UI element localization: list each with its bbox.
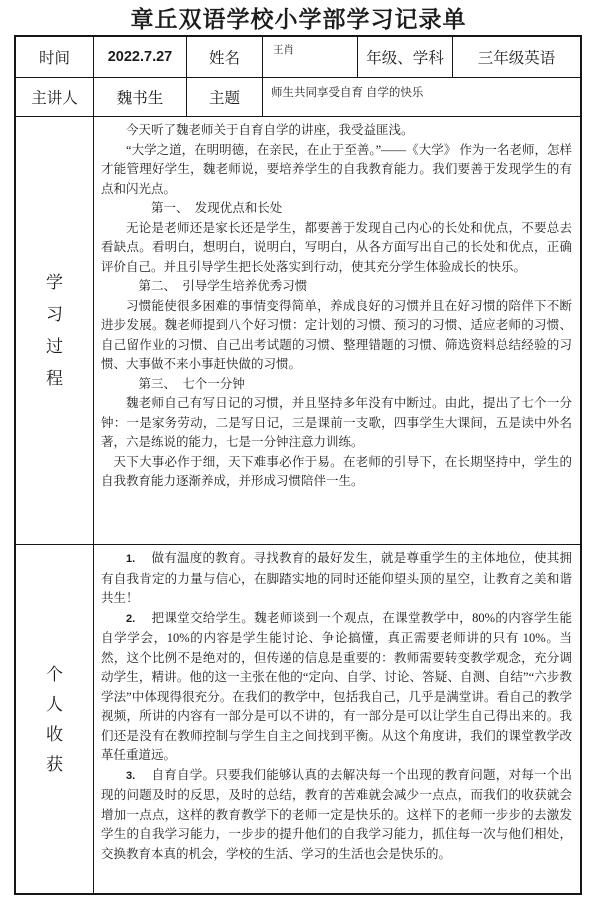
record-table: 时间 2022.7.27 姓名 王肖 年级、学科 三年级英语 主讲人 魏书生 主… [14,35,582,895]
topic-label: 主题 [187,78,263,117]
topic-value: 师生共同享受自育 自学的快乐 [263,78,580,117]
section-label-char: 程 [46,370,63,387]
grade-subject-label: 年级、学科 [358,37,453,78]
section-label-char: 学 [46,274,63,291]
section-label-char: 获 [46,756,63,773]
section-label-learning-process: 学习过程 [16,117,94,545]
time-value: 2022.7.27 [94,37,187,78]
speaker-label: 主讲人 [16,78,94,117]
paragraph: 2.把课堂交给学生。魏老师谈到一个观点，在课堂教学中，80%的内容学生能自学学会… [101,609,572,766]
section-label-char: 过 [46,338,63,355]
grade-subject-value: 三年级英语 [453,37,580,78]
section-label-char: 人 [46,696,63,713]
learning-process-content: 今天听了魏老师关于自育自学的讲座，我受益匪浅。“大学之道，在明明德，在亲民，在止… [94,117,580,545]
personal-gains-content: 1.做有温度的教育。寻找教育的最好发生，就是尊重学生的主体地位，使其拥有自我肯定… [94,545,580,893]
name-value: 王肖 [263,37,358,78]
paragraph: 天下大事必作于细，天下难事必作于易。在老师的引导下，在长期坚持中，学生的自我教育… [101,453,572,492]
paragraph-number: 3. [126,770,135,782]
paragraph: 第二、 引导学生培养优秀习惯 [101,277,572,297]
paragraph: 3.自育自学。只要我们能够认真的去解决每一个出现的教育问题，对每一个出现的问题及… [101,766,572,865]
speaker-value: 魏书生 [94,78,187,117]
section-label-char: 习 [46,306,63,323]
section-label-char: 收 [46,726,63,743]
paragraph: 习惯能使很多困难的事情变得简单，养成良好的习惯并且在好习惯的陪伴下不断进步发展。… [101,297,572,375]
page-title: 章丘双语学校小学部学习记录单 [0,1,597,34]
paragraph: 魏老师自己有写日记的习惯，并且坚持多年没有中断过。由此，提出了七个一分钟：一是家… [101,394,572,453]
paragraph-number: 2. [126,613,135,625]
paragraph: 今天听了魏老师关于自育自学的讲座，我受益匪浅。 [101,121,572,141]
time-label: 时间 [16,37,94,78]
paragraph: 无论是老师还是家长还是学生，都要善于发现自己内心的长处和优点，不要总去看缺点。看… [101,219,572,278]
name-label: 姓名 [187,37,263,78]
paragraph: 1.做有温度的教育。寻找教育的最好发生，就是尊重学生的主体地位，使其拥有自我肯定… [101,549,572,609]
paragraph: 第一、 发现优点和长处 [101,199,572,219]
paragraph: “大学之道，在明明德，在亲民，在止于至善。”——《大学》 作为一名老师，怎样才能… [101,141,572,200]
section-label-char: 个 [46,666,63,683]
section-label-personal-gains: 个人收获 [16,545,94,893]
paragraph-number: 1. [126,553,135,565]
paragraph: 第三、 七个一分钟 [101,375,572,395]
